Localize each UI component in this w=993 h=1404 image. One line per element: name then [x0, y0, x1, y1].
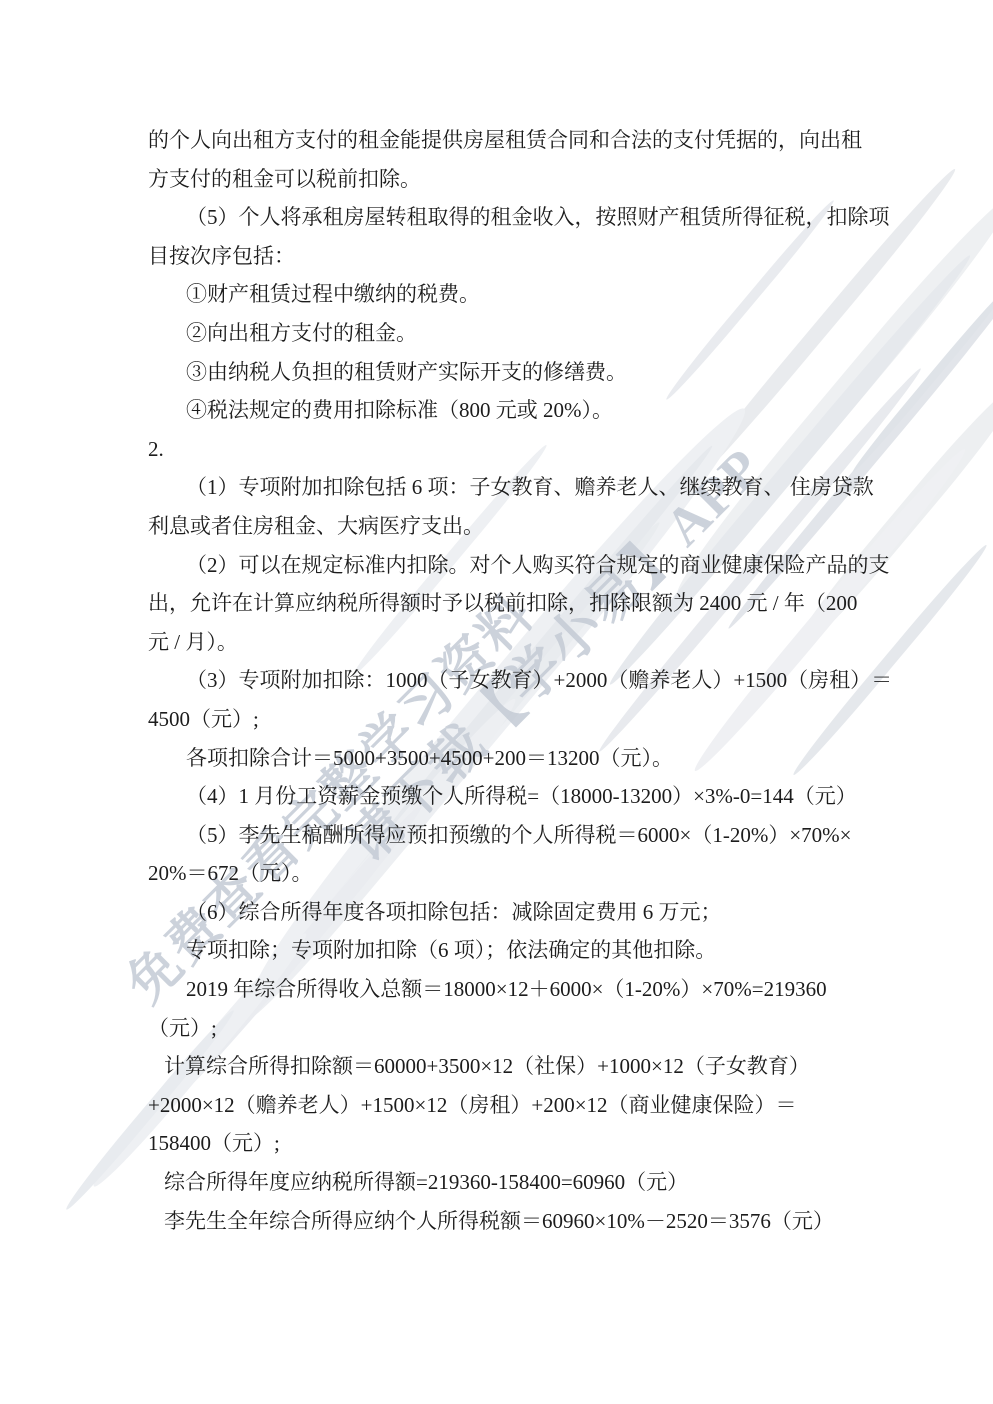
- text-line: （3）专项附加扣除：1000（子女教育）+2000（赡养老人）+1500（房租）…: [186, 661, 864, 700]
- text-line: 元 / 月）。: [148, 623, 864, 662]
- text-line: （1）专项附加扣除包括 6 项：子女教育、赡养老人、继续教育、 住房贷款: [186, 468, 864, 507]
- text-line: （元）;: [148, 1009, 864, 1048]
- text-line: 利息或者住房租金、大病医疗支出。: [148, 507, 864, 546]
- text-line: 目按次序包括：: [148, 237, 864, 276]
- document-body: 的个人向出租方支付的租金能提供房屋租赁合同和合法的支付凭据的，向出租方支付的租金…: [148, 121, 864, 1240]
- text-line: （5）个人将承租房屋转租取得的租金收入，按照财产租赁所得征税，扣除项: [186, 198, 864, 237]
- text-line: 方支付的租金可以税前扣除。: [148, 160, 864, 199]
- text-line: 专项扣除；专项附加扣除（6 项）；依法确定的其他扣除。: [186, 931, 864, 970]
- text-line: （2）可以在规定标准内扣除。对个人购买符合规定的商业健康保险产品的支: [186, 546, 864, 585]
- text-line: ②向出租方支付的租金。: [186, 314, 864, 353]
- text-line: （5）李先生稿酬所得应预扣预缴的个人所得税＝6000×（1-20%）×70%×: [186, 816, 864, 855]
- text-line: ①财产租赁过程中缴纳的税费。: [186, 275, 864, 314]
- text-line: （6）综合所得年度各项扣除包括：减除固定费用 6 万元；: [186, 893, 864, 932]
- text-line: 158400（元）;: [148, 1124, 864, 1163]
- document-page: 免费查看完整学习资料 请下载【学小易】APP 的个人向出租方支付的租金能提供房屋…: [0, 0, 993, 1404]
- text-line: ③由纳税人负担的租赁财产实际开支的修缮费。: [186, 353, 864, 392]
- text-line: ④税法规定的费用扣除标准（800 元或 20%）。: [186, 391, 864, 430]
- text-line: 出，允许在计算应纳税所得额时予以税前扣除，扣除限额为 2400 元 / 年（20…: [148, 584, 864, 623]
- text-line: +2000×12（赡养老人）+1500×12（房租）+200×12（商业健康保险…: [148, 1086, 864, 1125]
- text-line: 李先生全年综合所得应纳个人所得税额＝60960×10%－2520＝3576（元）: [164, 1202, 864, 1241]
- text-line: 4500（元）;: [148, 700, 864, 739]
- text-line: 各项扣除合计＝5000+3500+4500+200＝13200（元）。: [186, 739, 864, 778]
- text-line: 的个人向出租方支付的租金能提供房屋租赁合同和合法的支付凭据的，向出租: [148, 121, 864, 160]
- text-line: 2.: [148, 430, 864, 469]
- text-line: 20%＝672（元）。: [148, 854, 864, 893]
- text-line: 综合所得年度应纳税所得额=219360-158400=60960（元）: [164, 1163, 864, 1202]
- text-line: （4）1 月份工资薪金预缴个人所得税=（18000-13200）×3%-0=14…: [186, 777, 864, 816]
- text-line: 2019 年综合所得收入总额＝18000×12＋6000×（1-20%）×70%…: [186, 970, 864, 1009]
- text-line: 计算综合所得扣除额＝60000+3500×12（社保）+1000×12（子女教育…: [164, 1047, 864, 1086]
